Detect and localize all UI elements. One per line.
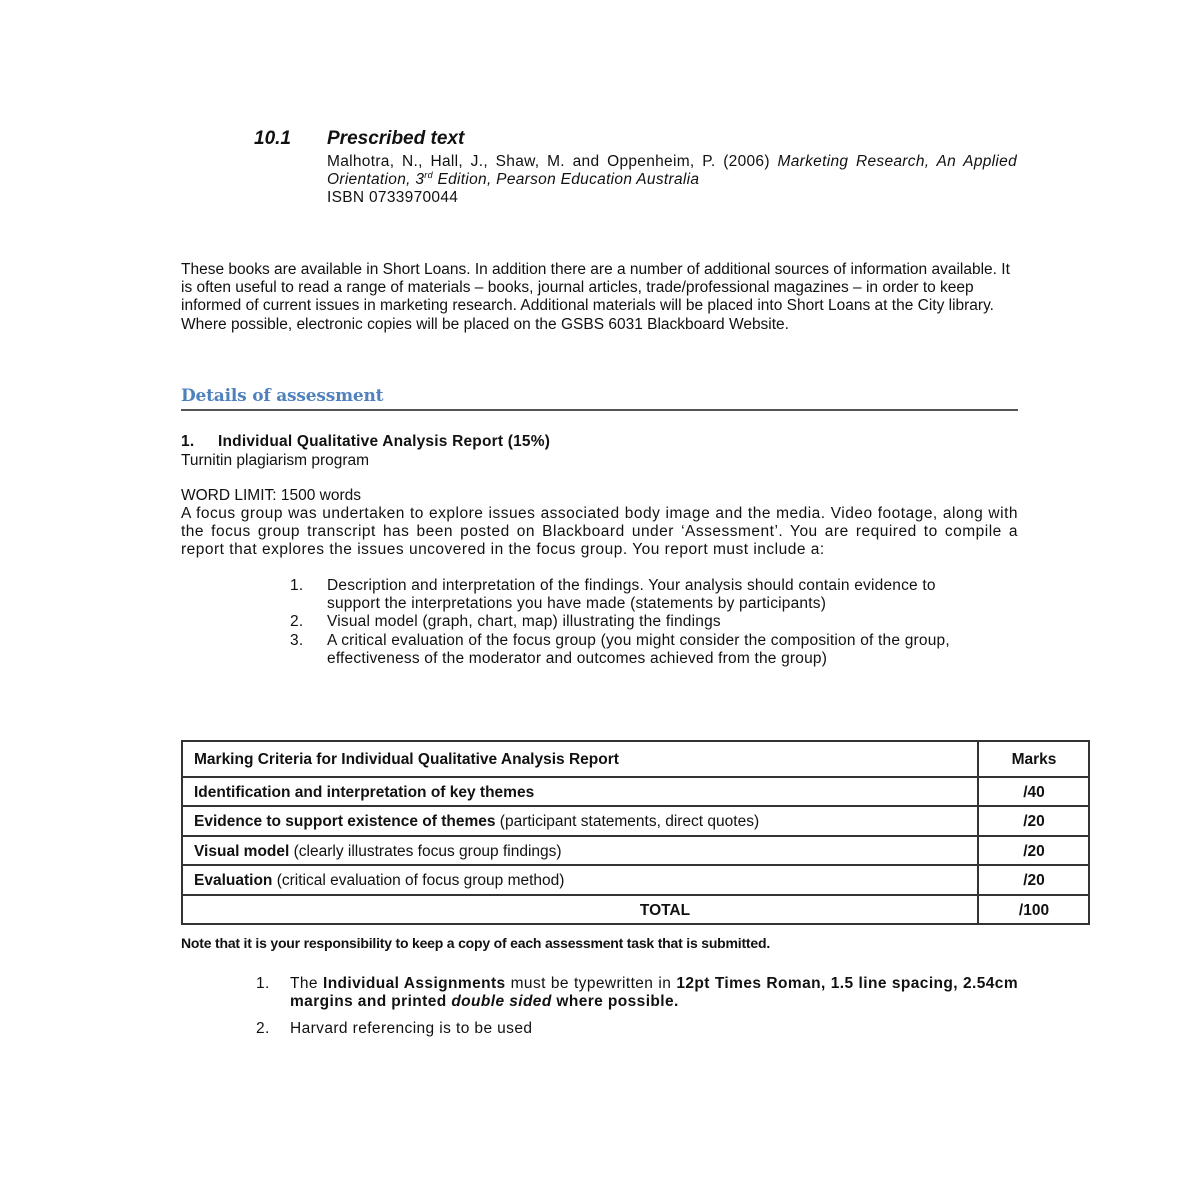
document-page: 10.1 Prescribed text Malhotra, N., Hall,… [0, 0, 1200, 1200]
list-item: 3.A critical evaluation of the focus gro… [290, 632, 990, 668]
details-heading: Details of assessment [181, 386, 383, 406]
section-title: Prescribed text [327, 128, 464, 150]
requirements-list: 1.Description and interpretation of the … [290, 577, 990, 668]
marks-header: Marks [978, 741, 1089, 777]
table-header-row: Marking Criteria for Individual Qualitat… [182, 741, 1089, 777]
prescribed-reference: Malhotra, N., Hall, J., Shaw, M. and Opp… [327, 153, 1017, 207]
list-item: 2.Harvard referencing is to be used [256, 1020, 1018, 1038]
heading-rule [181, 409, 1018, 411]
table-row: Identification and interpretation of key… [182, 777, 1089, 807]
availability-paragraph: These books are available in Short Loans… [181, 261, 1021, 334]
reference-authors: Malhotra, N., Hall, J., Shaw, M. and Opp… [327, 153, 778, 170]
table-row: Evidence to support existence of themes … [182, 806, 1089, 836]
responsibility-note: Note that it is your responsibility to k… [181, 935, 981, 951]
list-item: 2.Visual model (graph, chart, map) illus… [290, 613, 990, 631]
list-item: 1.Description and interpretation of the … [290, 577, 990, 613]
word-limit: WORD LIMIT: 1500 words [181, 487, 361, 505]
list-item: 1.The Individual Assignments must be typ… [256, 975, 1018, 1011]
turnitin-note: Turnitin plagiarism program [181, 452, 369, 470]
table-row: Evaluation (critical evaluation of focus… [182, 865, 1089, 895]
formatting-rules-list: 1.The Individual Assignments must be typ… [256, 975, 1018, 1039]
total-row: TOTAL /100 [182, 895, 1089, 925]
reference-isbn: ISBN 0733970044 [327, 189, 458, 206]
table-row: Visual model (clearly illustrates focus … [182, 836, 1089, 866]
criteria-header: Marking Criteria for Individual Qualitat… [182, 741, 978, 777]
total-marks: /100 [978, 895, 1089, 925]
assessment-description: A focus group was undertaken to explore … [181, 505, 1018, 560]
total-label: TOTAL [182, 895, 978, 925]
section-number: 10.1 [254, 128, 291, 150]
assessment-title: 1.Individual Qualitative Analysis Report… [181, 433, 550, 451]
marking-criteria-table: Marking Criteria for Individual Qualitat… [181, 740, 1090, 925]
